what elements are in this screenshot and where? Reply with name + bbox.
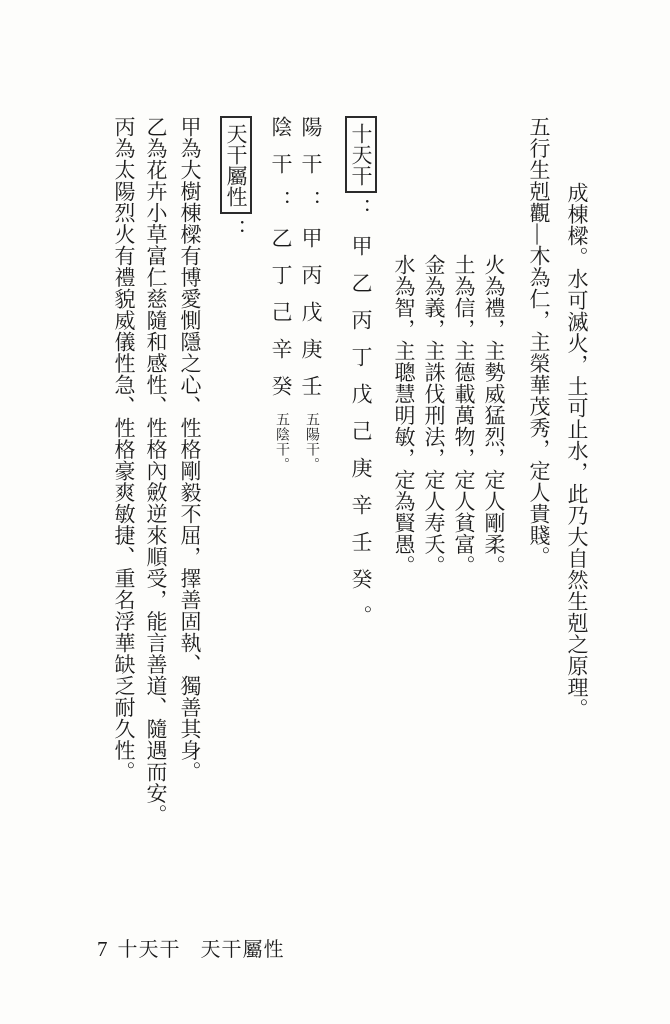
book-page: 成棟樑。水可滅火，土可止水，此乃大自然生剋之原理。 五行生剋觀—木為仁，主榮華茂… [0, 0, 670, 1024]
ten-stems-boxed-title: 十天干 [345, 116, 377, 193]
footer-page-number: 7 [97, 937, 109, 961]
stem-paragraph-jia: 甲為大樹棟樑有博愛惻隱之心、性格剛毅不屈，擇善固執、獨善其身。 [175, 116, 205, 878]
five-elements-item-metal: 金為義，主誅伐刑法，定人寿夭。 [419, 116, 449, 878]
footer-section-title: 天干屬性 [201, 939, 285, 961]
yin-stems-note: 五陰干。 [274, 412, 289, 472]
stem-paragraph-yi: 乙為花卉小草富仁慈隨和感性、性格內斂逆來順受，能言善道、隨遇而安。 [141, 116, 171, 878]
page-footer: 7十天干天干屬性 [97, 933, 285, 962]
stem-paragraph-bing: 丙為太陽烈火有禮貌威儀性急、性格豪爽敏捷、重名浮華缺乏耐久性。 [109, 116, 139, 878]
ten-stems-line: 十天干：甲乙丙丁戊己庚辛壬癸。 [346, 116, 376, 878]
yin-stems-line: 陰干：乙丁己辛癸五陰干。 [266, 116, 296, 878]
five-elements-item-water: 水為智，主聰慧明敏，定為賢愚。 [389, 116, 419, 878]
five-elements-item-earth: 土為信，主德載萬物，定人貧富。 [449, 116, 479, 878]
vertical-text-area: 成棟樑。水可滅火，土可止水，此乃大自然生剋之原理。 五行生剋觀—木為仁，主榮華茂… [109, 116, 592, 878]
yin-stems-text: 陰干：乙丁己辛癸 [269, 116, 293, 412]
five-elements-heading-line: 五行生剋觀—木為仁，主榮華茂秀，定人貴賤。 [524, 116, 554, 878]
stem-properties-heading-line: 天干屬性： [221, 116, 251, 878]
yang-stems-text: 陽干：甲丙戊庚壬 [299, 116, 323, 412]
stem-properties-boxed-title: 天干屬性 [220, 116, 252, 214]
stem-properties-colon: ： [224, 219, 248, 241]
continuation-paragraph: 成棟樑。水可滅火，土可止水，此乃大自然生剋之原理。 [562, 116, 592, 878]
yang-stems-note: 五陽干。 [304, 412, 319, 472]
yang-stems-line: 陽干：甲丙戊庚壬五陽干。 [296, 116, 326, 878]
five-elements-item-fire: 火為禮，主勢威猛烈，定人剛柔。 [479, 116, 509, 878]
footer-chapter-title: 十天干 [118, 939, 181, 961]
ten-stems-list: ：甲乙丙丁戊己庚辛壬癸。 [349, 198, 373, 642]
